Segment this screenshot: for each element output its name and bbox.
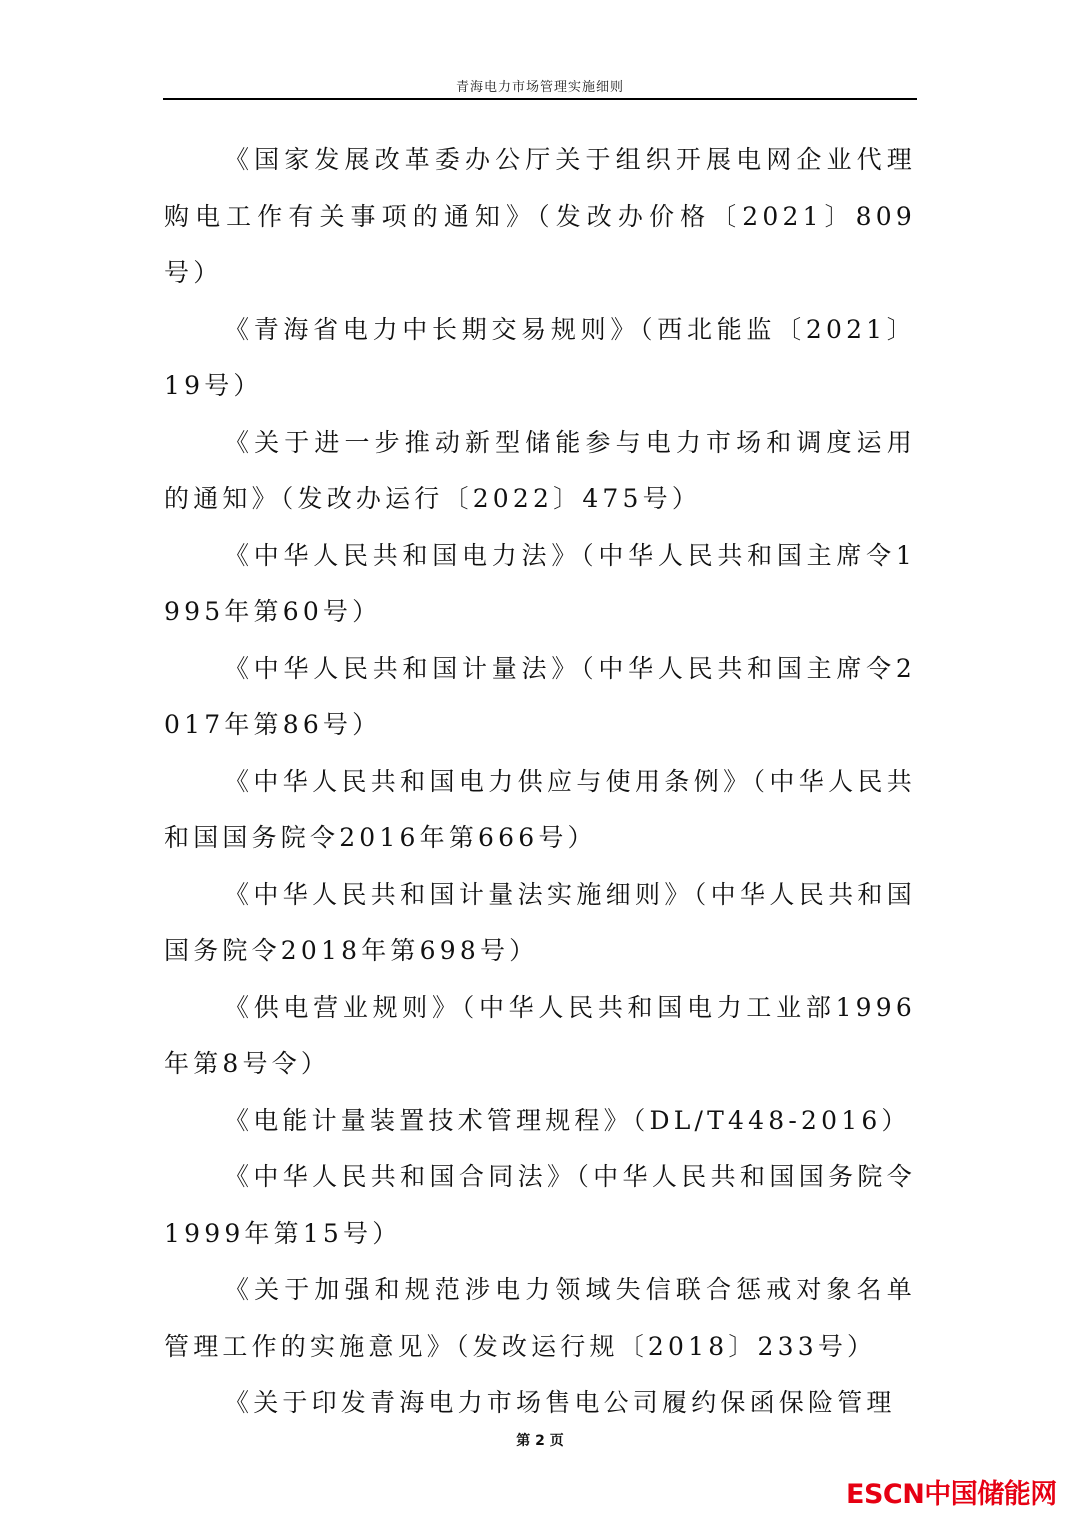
reference-item: 《关于加强和规范涉电力领域失信联合惩戒对象名单管理工作的实施意见》（发改运行规〔… [164,1262,916,1375]
reference-item: 《中华人民共和国合同法》（中华人民共和国国务院令1999年第15号） [164,1149,916,1262]
document-body: 《国家发展改革委办公厅关于组织开展电网企业代理购电工作有关事项的通知》（发改办价… [164,132,916,1432]
reference-item: 《中华人民共和国电力供应与使用条例》（中华人民共和国国务院令2016年第666号… [164,754,916,867]
running-header: 青海电力市场管理实施细则 [163,76,917,95]
reference-item: 《国家发展改革委办公厅关于组织开展电网企业代理购电工作有关事项的通知》（发改办价… [164,132,916,302]
reference-item: 《中华人民共和国计量法》（中华人民共和国主席令2017年第86号） [164,641,916,754]
escn-watermark-logo: ESCN中国储能网 [846,1472,1057,1511]
reference-item: 《关于进一步推动新型储能参与电力市场和调度运用的通知》（发改办运行〔2022〕4… [164,415,916,528]
header-divider [163,98,917,100]
reference-item: 《中华人民共和国计量法实施细则》（中华人民共和国国务院令2018年第698号） [164,867,916,980]
page-number: 第 2 页 [0,1430,1080,1450]
reference-item: 《电能计量装置技术管理规程》（DL/T448-2016） [164,1093,916,1150]
reference-item: 《关于印发青海电力市场售电公司履约保函保险管理 [164,1375,916,1432]
reference-item: 《青海省电力中长期交易规则》（西北能监〔2021〕19号） [164,302,916,415]
reference-item: 《中华人民共和国电力法》（中华人民共和国主席令1995年第60号） [164,528,916,641]
reference-item: 《供电营业规则》（中华人民共和国电力工业部1996年第8号令） [164,980,916,1093]
